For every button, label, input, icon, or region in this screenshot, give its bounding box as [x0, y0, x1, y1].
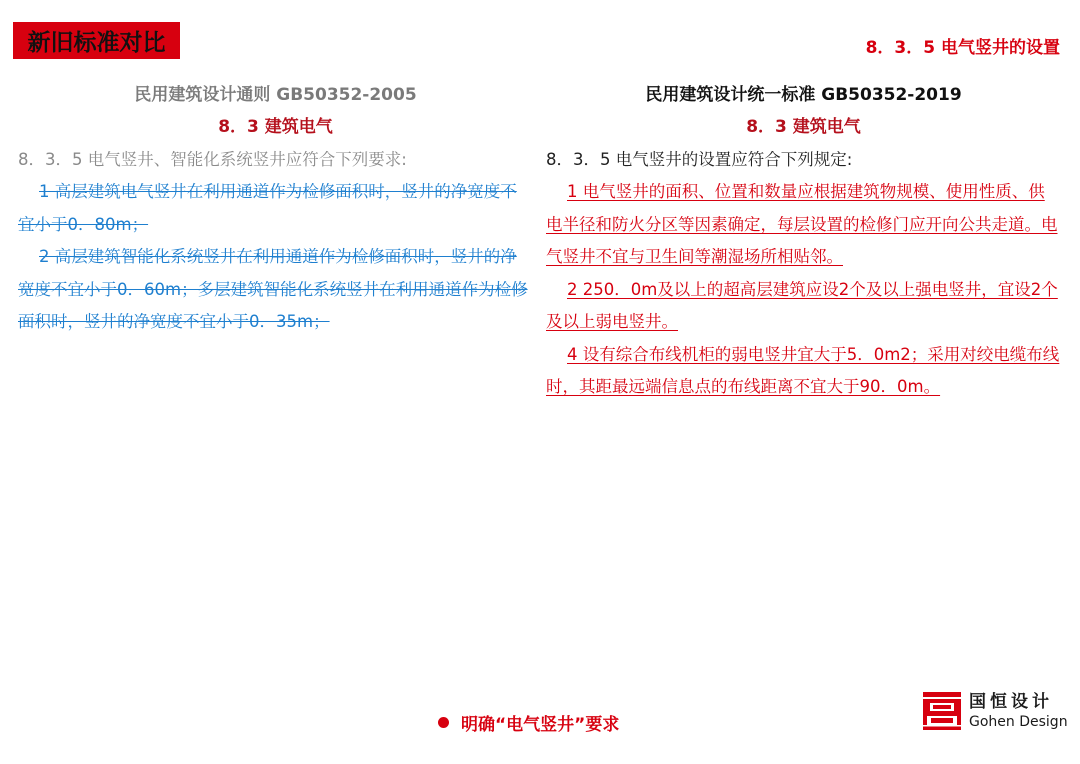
company-logo: 国恒设计 Gohen Design: [923, 692, 1068, 730]
logo-wordmark: 国恒设计 Gohen Design: [969, 694, 1068, 729]
new-clause-item-4: 4 设有综合布线机柜的弱电竖井宜大于5．0m2；采用对绞电缆布线时，其距最远端信…: [546, 339, 1061, 404]
bullet-dot-icon: [438, 717, 449, 728]
footer-note: 明确“电气竖井”要求: [438, 710, 619, 735]
new-clause-item-2: 2 250．0m及以上的超高层建筑应设2个及以上强电竖井，宜设2个及以上弱电竖井…: [546, 274, 1061, 339]
old-chapter-heading: 8．3 建筑电气: [18, 110, 533, 144]
new-clause-item-1: 1 电气竖井的面积、位置和数量应根据建筑物规模、使用性质、供电半径和防火分区等因…: [546, 176, 1061, 274]
new-chapter-heading: 8．3 建筑电气: [546, 110, 1061, 144]
new-standard-column: 民用建筑设计统一标准 GB50352-2019 8．3 建筑电气 8．3．5 电…: [546, 80, 1061, 404]
page-title: 新旧标准对比: [28, 24, 166, 57]
footer-note-text: 明确“电气竖井”要求: [461, 710, 619, 735]
old-standard-title: 民用建筑设计通则 GB50352-2005: [18, 80, 533, 110]
new-standard-title: 民用建筑设计统一标准 GB50352-2019: [546, 80, 1061, 110]
logo-name-en: Gohen Design: [969, 715, 1068, 729]
old-standard-column: 民用建筑设计通则 GB50352-2005 8．3 建筑电气 8．3．5 电气竖…: [18, 80, 533, 339]
gohen-logo-icon: [923, 692, 961, 730]
old-clause-item-2: 2 高层建筑智能化系统竖井在利用通道作为检修面积时，竖井的净宽度不宜小于0．60…: [18, 241, 533, 339]
old-clause-item-1: 1 高层建筑电气竖井在利用通道作为检修面积时，竖井的净宽度不宜小于0．80m；: [18, 176, 533, 241]
old-clause-heading: 8．3．5 电气竖井、智能化系统竖井应符合下列要求:: [18, 144, 533, 176]
logo-name-cn: 国恒设计: [969, 694, 1068, 711]
title-banner: 新旧标准对比: [13, 22, 180, 59]
new-clause-heading: 8．3．5 电气竖井的设置应符合下列规定:: [546, 144, 1061, 176]
section-reference: 8．3．5 电气竖井的设置: [866, 33, 1060, 58]
